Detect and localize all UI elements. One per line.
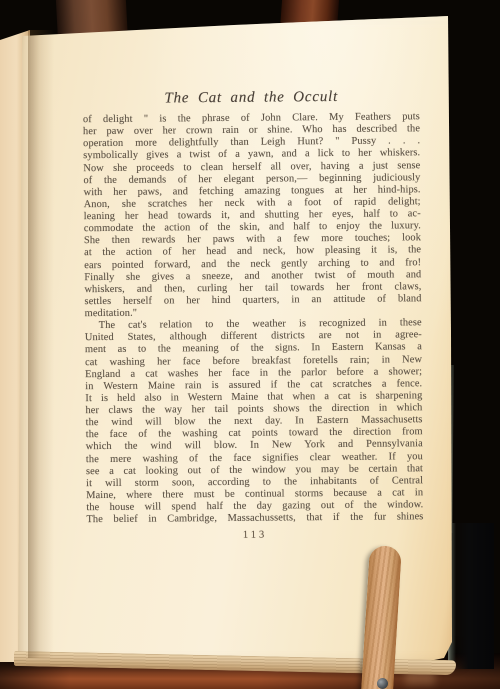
text-block: The Cat and the Occult of delight " is t… xyxy=(82,10,419,13)
stick-screw xyxy=(377,678,388,689)
body-text: of delight " is the phrase of John Clare… xyxy=(83,111,424,542)
book-photograph: The Cat and the Occult of delight " is t… xyxy=(0,0,500,689)
book-cover-edge xyxy=(448,523,494,669)
page-number: 113 xyxy=(87,528,424,542)
text-line: The belief in Cambridge, Massachussetts,… xyxy=(86,511,423,526)
running-title: The Cat and the Occult xyxy=(83,88,420,108)
